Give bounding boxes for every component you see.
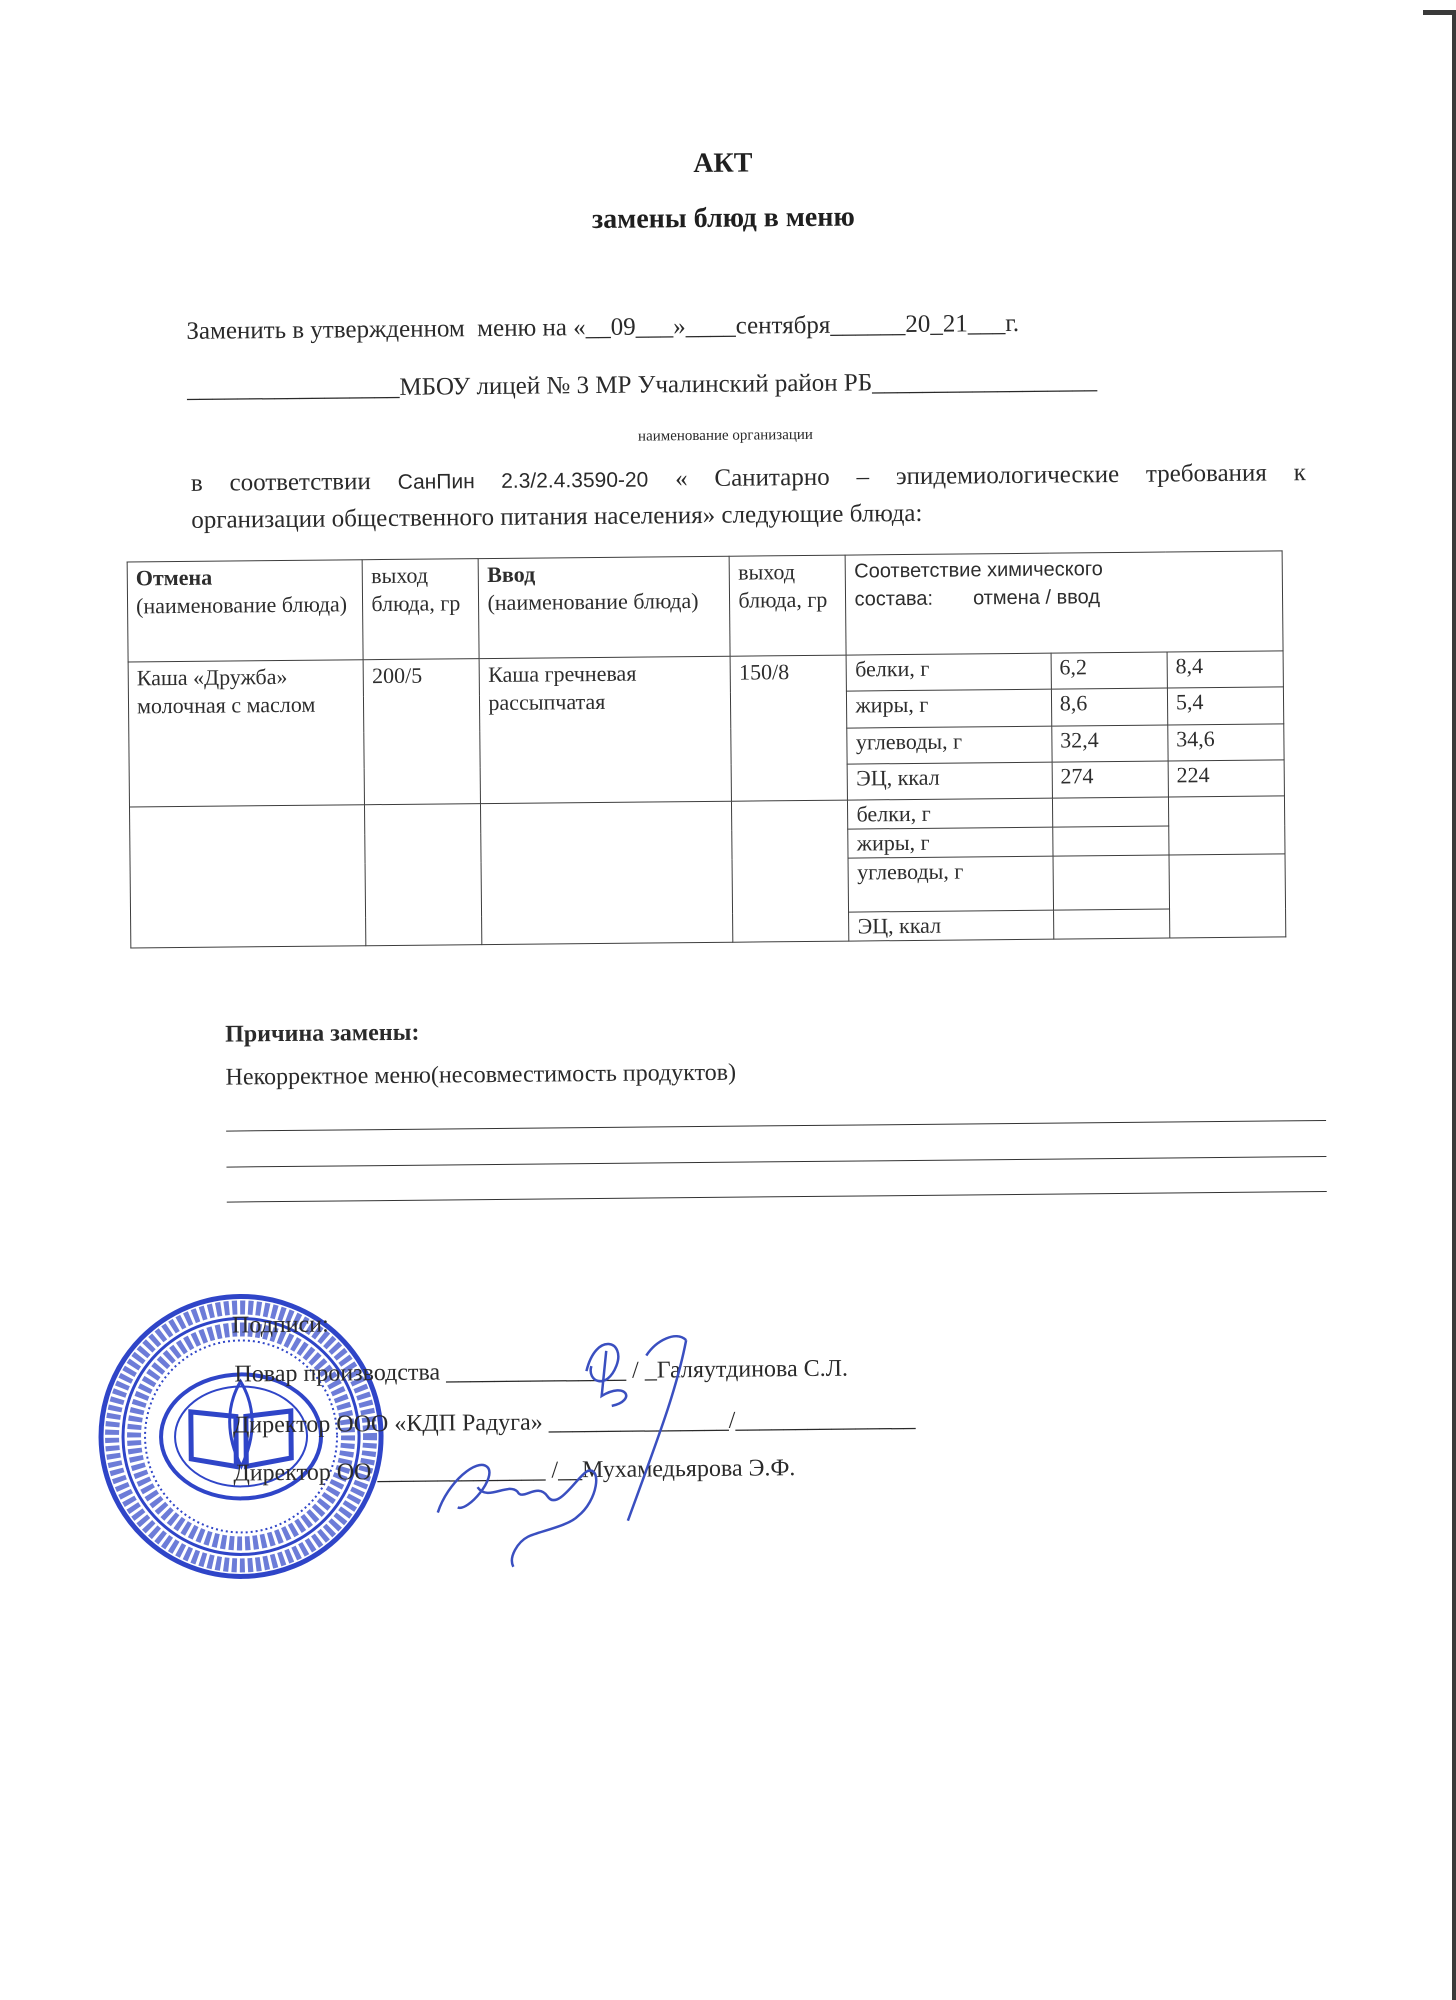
input-yield-cell: [732, 800, 849, 942]
document-title: АКТ: [0, 141, 1451, 187]
table-header-row: Отмена (наименование блюда) выход блюда,…: [127, 551, 1283, 662]
nutrient-cancel-value: 274: [1052, 761, 1168, 798]
nutrient-name: углеводы, г: [847, 726, 1052, 764]
chem-title: Соответствие химического: [854, 558, 1103, 582]
basis-line-1: в соответствии СанПин 2.3/2.4.3590-20 « …: [191, 459, 1306, 498]
header-cancel-label: Отмена: [136, 565, 213, 591]
chem-sub-right: отмена / ввод: [973, 586, 1100, 609]
nutrient-name: белки, г: [847, 653, 1052, 691]
cancel-yield-cell: 200/5: [363, 659, 480, 805]
nutrient-input-value: 224: [1168, 760, 1285, 797]
nutrient-cancel-value: [1052, 826, 1168, 856]
act-document: АКТ замены блюд в меню Заменить в утверж…: [0, 0, 1456, 2000]
header-yield-cancel: выход блюда, гр: [362, 559, 479, 660]
nutrient-name: углеводы, г: [848, 856, 1053, 912]
nutrient-name: ЭЦ, ккал: [848, 762, 1053, 800]
basis-prefix: в соответствии: [191, 468, 398, 497]
nutrient-cancel-value: [1053, 909, 1169, 939]
director-signature-icon: [427, 1441, 618, 1573]
header-input: Ввод(наименование блюда): [479, 556, 731, 658]
reason-text: Некорректное меню(несовместимость продук…: [225, 1060, 736, 1092]
date-line: Заменить в утвержденном меню на «__09___…: [186, 310, 1019, 346]
cancel-dish-cell: Каша «Дружба» молочная с маслом: [128, 660, 365, 807]
input-dish-cell: [481, 801, 733, 944]
nutrient-cancel-value: 8,6: [1051, 688, 1167, 725]
nutrient-input-value: 5,4: [1167, 687, 1284, 724]
header-input-label: Ввод: [487, 562, 535, 587]
nutrient-name: жиры, г: [848, 827, 1053, 858]
header-cancel: Отмена (наименование блюда): [127, 560, 363, 662]
blank-line: [226, 1156, 1326, 1168]
nutrient-name: белки, г: [848, 798, 1053, 829]
nutrient-name: ЭЦ, ккал: [849, 910, 1054, 941]
nutrient-input-value: [1169, 854, 1286, 938]
header-cancel-note: (наименование блюда): [136, 591, 347, 618]
blank-line: [227, 1191, 1327, 1203]
cancel-dish-cell: [130, 805, 367, 948]
nutrient-input-value: 8,4: [1167, 651, 1284, 688]
nutrient-input-value: 34,6: [1168, 723, 1285, 760]
document-subtitle: замены блюд в меню: [0, 196, 1452, 242]
nutrient-name: жиры, г: [847, 689, 1052, 727]
menu-replacement-table: Отмена (наименование блюда) выход блюда,…: [127, 550, 1287, 948]
basis-rest: « Санитарно – эпидемиологические требова…: [648, 459, 1306, 492]
nutrient-cancel-value: [1052, 797, 1168, 827]
header-yield-input: выход блюда, гр: [729, 555, 846, 656]
nutrient-input-value: [1168, 796, 1285, 855]
signature-line-cook: Повар производства _______________ / _Га…: [234, 1356, 848, 1389]
header-chemical-composition: Соответствие химическогосостава:отмена /…: [846, 551, 1283, 655]
cancel-yield-cell: [365, 804, 482, 946]
organization-caption: наименование организации: [0, 421, 1454, 452]
basis-line-2: организации общественного питания населе…: [191, 500, 922, 535]
organization-line: _________________МБОУ лицей № 3 МР Учали…: [187, 367, 1097, 404]
nutrient-cancel-value: [1053, 855, 1170, 910]
sanpin-code: СанПин 2.3/2.4.3590-20: [398, 468, 649, 493]
header-input-note: (наименование блюда): [487, 588, 698, 615]
input-dish-cell: Каша гречневая рассыпчатая: [480, 656, 732, 803]
signatures-title: Подписи:: [232, 1312, 329, 1340]
input-yield-cell: 150/8: [730, 655, 847, 801]
chem-sub-left: состава:: [854, 588, 933, 611]
blank-line: [226, 1120, 1326, 1132]
reason-title: Причина замены:: [225, 1020, 420, 1049]
nutrient-cancel-value: 32,4: [1051, 725, 1167, 762]
nutrient-cancel-value: 6,2: [1051, 652, 1167, 689]
